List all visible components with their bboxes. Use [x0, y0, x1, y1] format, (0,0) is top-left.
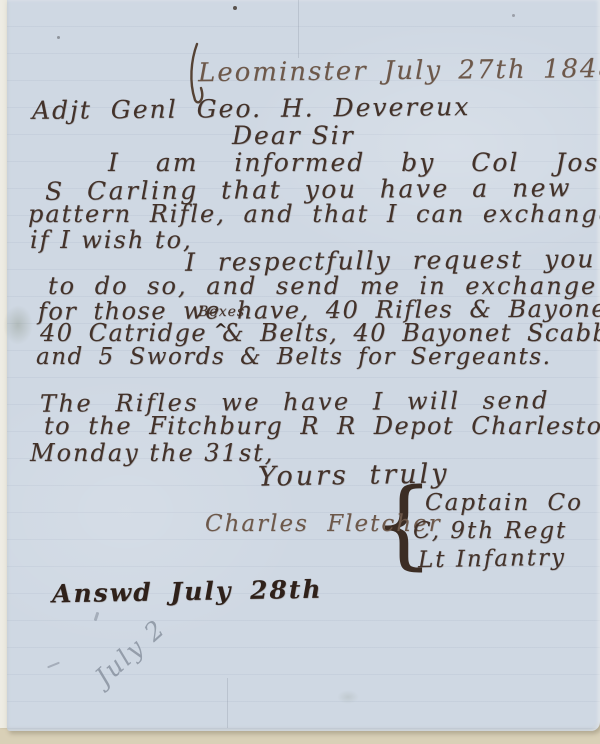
pencil-tick-mark: [94, 612, 100, 621]
smudge-mark: [3, 305, 33, 345]
ink-speck: [233, 6, 237, 10]
ink-speck: [512, 14, 515, 17]
signature-title-line: Lt Infantry: [418, 547, 566, 573]
letter-line: pattern Rifle, and that I can exchange: [28, 202, 600, 226]
inserted-word: Boxes: [198, 305, 245, 319]
letter-photo: Leominster July 27th 1848 Adjt Genl Geo.…: [0, 0, 600, 744]
letter-line: Monday the 31st,: [30, 441, 274, 465]
letter-line: I respectfully request you: [185, 246, 596, 275]
letter-line: to the Fitchburg R R Depot Charlestown,: [44, 414, 600, 438]
crease-mark: [227, 678, 228, 728]
signature: Charles Fletcher: [205, 513, 442, 536]
crease-mark: [298, 0, 299, 58]
pencil-dash-mark: [47, 662, 60, 669]
letter-line: and 5 Swords & Belts for Sergeants.: [36, 346, 551, 369]
pencil-note: July 2: [91, 615, 170, 690]
docket-note: Answd July 28th: [52, 577, 323, 607]
smudge-mark: [337, 690, 359, 704]
dateline: Leominster July 27th 1848: [198, 56, 600, 86]
signature-title-line: Captain Co: [425, 492, 583, 515]
letter-sheet: Leominster July 27th 1848 Adjt Genl Geo.…: [7, 0, 600, 731]
signature-title-line: C, 9th Regt: [413, 520, 567, 543]
letter-line: I am informed by Col Joseph: [108, 150, 600, 175]
letter-line: 40 Catridge & Belts, 40 Bayonet Scabbard…: [40, 321, 600, 345]
salutation: Dear Sir: [232, 123, 355, 148]
recipient-line: Adjt Genl Geo. H. Devereux: [32, 94, 470, 123]
ink-speck: [57, 36, 60, 39]
letter-line: if I wish to,: [30, 228, 193, 252]
